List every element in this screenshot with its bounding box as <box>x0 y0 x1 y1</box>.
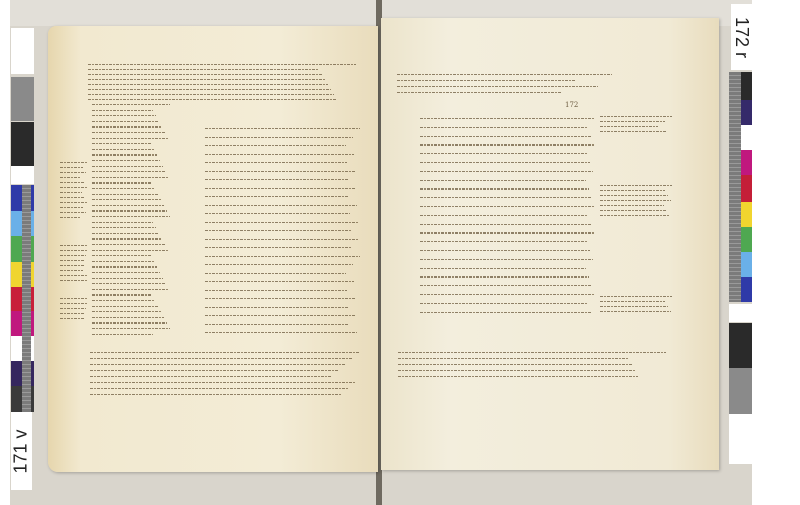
folio-label-right: 172 r <box>731 4 752 70</box>
page-number-mark: 172 <box>565 101 578 109</box>
folio-label-left: 171 v <box>11 412 32 490</box>
